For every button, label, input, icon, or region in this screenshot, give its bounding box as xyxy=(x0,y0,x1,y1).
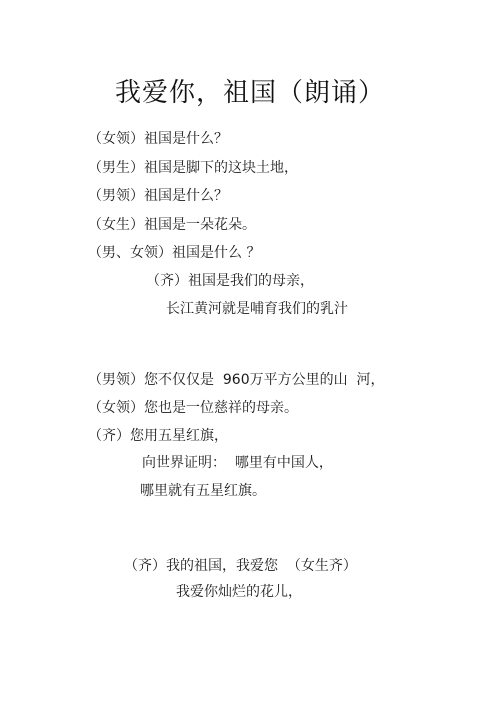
verse-line: （齐）祖国是我们的母亲， xyxy=(146,270,314,290)
document-title: 我爱你，祖国（朗诵） xyxy=(0,72,500,109)
verse-line: （女领）您也是一位慈祥的母亲。 xyxy=(88,397,298,417)
verse-line: （男、女领）祖国是什么 ？ xyxy=(88,242,260,262)
verse-line: （男生）祖国是脚下的这块土地， xyxy=(88,157,298,177)
verse-line: （男领）您不仅仅是 960万平方公里的山 河， xyxy=(88,369,385,389)
verse-line: （女领）祖国是什么？ xyxy=(88,128,228,148)
verse-line: （齐）您用五星红旗， xyxy=(88,425,228,445)
verse-line: （男领）祖国是什么？ xyxy=(88,185,228,205)
verse-line: （女生）祖国是一朵花朵。 xyxy=(88,214,256,234)
verse-line: （齐）我的祖国，我爱您 （女生齐） xyxy=(124,555,357,575)
verse-line: 向世界证明： 哪里有中国人， xyxy=(142,452,333,472)
verse-line: 哪里就有五星红旗。 xyxy=(140,480,266,500)
verse-line: 我爱你灿烂的花儿， xyxy=(176,581,302,601)
verse-line: 长江黄河就是哺育我们的乳汁 xyxy=(166,298,348,318)
